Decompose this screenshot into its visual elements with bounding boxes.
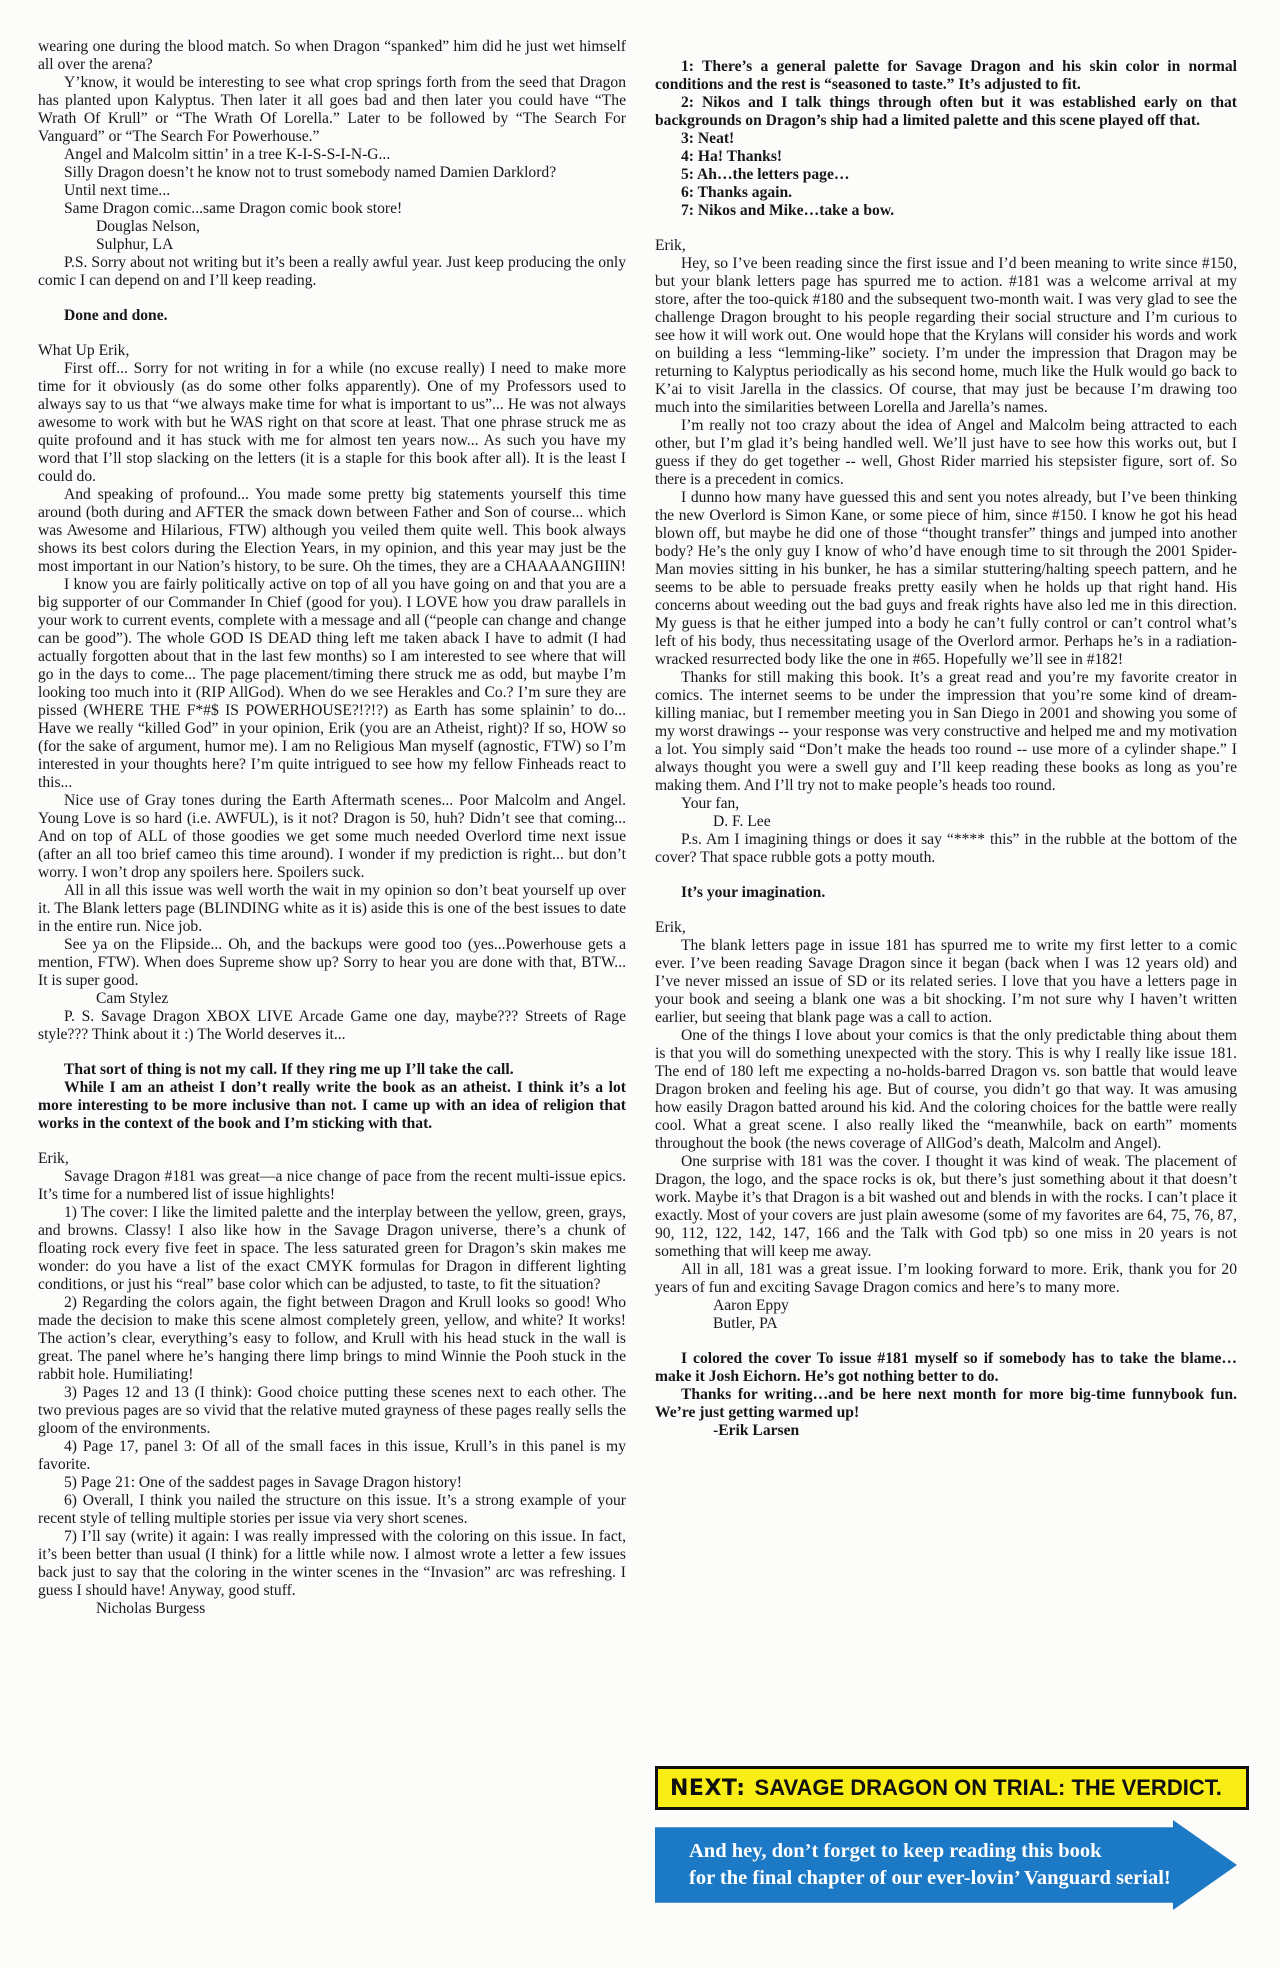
paragraph: 4) Page 17, panel 3: Of all of the small… — [38, 1438, 626, 1474]
paragraph: One of the things I love about your comi… — [655, 1027, 1237, 1153]
vanguard-promo-banner: And hey, don’t forget to keep reading th… — [655, 1820, 1237, 1910]
paragraph: 5) Page 21: One of the saddest pages in … — [38, 1474, 626, 1492]
paragraph: I dunno how many have guessed this and s… — [655, 489, 1237, 669]
paragraph: P.S. Sorry about not writing but it’s be… — [38, 254, 626, 290]
paragraph: wearing one during the blood match. So w… — [38, 38, 626, 74]
paragraph: 2) Regarding the colors again, the fight… — [38, 1294, 626, 1384]
paragraph: The blank letters page in issue 181 has … — [655, 937, 1237, 1027]
left-column: wearing one during the blood match. So w… — [38, 38, 626, 1618]
paragraph: -Erik Larsen — [655, 1422, 1237, 1440]
paragraph: Thanks for still making this book. It’s … — [655, 669, 1237, 795]
paragraph: Nice use of Gray tones during the Earth … — [38, 792, 626, 882]
paragraph: I know you are fairly politically active… — [38, 576, 626, 792]
paragraph: Thanks for writing…and be here next mont… — [655, 1386, 1237, 1422]
paragraph: P. S. Savage Dragon XBOX LIVE Arcade Gam… — [38, 1008, 626, 1044]
paragraph: 5: Ah…the letters page… — [655, 166, 1237, 184]
letters-page: wearing one during the blood match. So w… — [0, 0, 1280, 1968]
paragraph: 6: Thanks again. — [655, 184, 1237, 202]
paragraph: Butler, PA — [655, 1315, 1237, 1333]
paragraph: All in all this issue was well worth the… — [38, 882, 626, 936]
paragraph: P.s. Am I imagining things or does it sa… — [655, 831, 1237, 867]
paragraph: Erik, — [655, 919, 1237, 937]
paragraph: Same Dragon comic...same Dragon comic bo… — [38, 200, 626, 218]
paragraph: Done and done. — [38, 307, 626, 325]
paragraph: Erik, — [655, 237, 1237, 255]
paragraph: And speaking of profound... You made som… — [38, 486, 626, 576]
paragraph: Your fan, — [655, 795, 1237, 813]
paragraph: 4: Ha! Thanks! — [655, 148, 1237, 166]
paragraph: Douglas Nelson, — [38, 218, 626, 236]
next-issue-banner: NEXT: SAVAGE DRAGON ON TRIAL: THE VERDIC… — [655, 1766, 1249, 1810]
paragraph: Silly Dragon doesn’t he know not to trus… — [38, 164, 626, 182]
paragraph: 3: Neat! — [655, 130, 1237, 148]
paragraph: 2: Nikos and I talk things through often… — [655, 94, 1237, 130]
paragraph: All in all, 181 was a great issue. I’m l… — [655, 1261, 1237, 1297]
paragraph: 1) The cover: I like the limited palette… — [38, 1204, 626, 1294]
paragraph: Erik, — [38, 1150, 626, 1168]
paragraph: Cam Stylez — [38, 990, 626, 1008]
paragraph: 3) Pages 12 and 13 (I think): Good choic… — [38, 1384, 626, 1438]
paragraph: Angel and Malcolm sittin’ in a tree K-I-… — [38, 146, 626, 164]
paragraph: 6) Overall, I think you nailed the struc… — [38, 1492, 626, 1528]
paragraph: Savage Dragon #181 was great—a nice chan… — [38, 1168, 626, 1204]
paragraph: Y’know, it would be interesting to see w… — [38, 74, 626, 146]
paragraph: One surprise with 181 was the cover. I t… — [655, 1153, 1237, 1261]
paragraph: What Up Erik, — [38, 342, 626, 360]
paragraph: Nicholas Burgess — [38, 1600, 626, 1618]
paragraph: Hey, so I’ve been reading since the firs… — [655, 255, 1237, 417]
paragraph: 1: There’s a general palette for Savage … — [655, 58, 1237, 94]
right-column: 1: There’s a general palette for Savage … — [655, 38, 1237, 1440]
next-issue-title: SAVAGE DRAGON ON TRIAL: THE VERDICT. — [755, 1775, 1222, 1801]
paragraph: 7) I’ll say (write) it again: I was real… — [38, 1528, 626, 1600]
paragraph: Sulphur, LA — [38, 236, 626, 254]
paragraph: Until next time... — [38, 182, 626, 200]
paragraph: Aaron Eppy — [655, 1297, 1237, 1315]
paragraph: That sort of thing is not my call. If th… — [38, 1061, 626, 1079]
paragraph: While I am an atheist I don’t really wri… — [38, 1079, 626, 1133]
paragraph: It’s your imagination. — [655, 884, 1237, 902]
paragraph: D. F. Lee — [655, 813, 1237, 831]
next-label: NEXT: — [670, 1776, 746, 1801]
paragraph: I colored the cover To issue #181 myself… — [655, 1350, 1237, 1386]
paragraph: I’m really not too crazy about the idea … — [655, 417, 1237, 489]
vanguard-promo-text: And hey, don’t forget to keep reading th… — [689, 1838, 1171, 1892]
paragraph: First off... Sorry for not writing in fo… — [38, 360, 626, 486]
paragraph: 7: Nikos and Mike…take a bow. — [655, 202, 1237, 220]
paragraph: See ya on the Flipside... Oh, and the ba… — [38, 936, 626, 990]
